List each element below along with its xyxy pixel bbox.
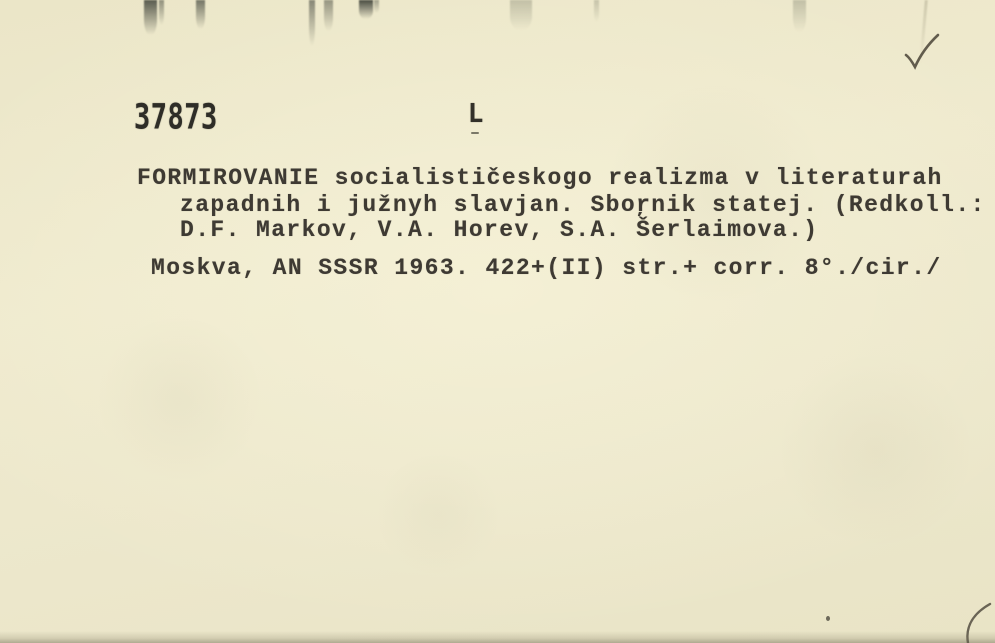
imprint-line: Moskva, AN SSSR 1963. 422+(II) str.+ cor… <box>151 257 942 280</box>
ink-smudge <box>196 0 205 29</box>
checkmark-icon <box>898 28 950 76</box>
ink-smudge <box>324 0 333 31</box>
ink-smudge <box>309 0 315 46</box>
ink-smudge <box>374 0 379 13</box>
ink-smudge <box>159 0 164 25</box>
catalog-card: 37873 L FORMIROVANIE socialističeskogo r… <box>0 0 995 643</box>
underscore-mark <box>471 132 479 134</box>
title-line-2: zapadnih i južnyh slavjan. Sboŗnik state… <box>180 194 986 217</box>
ink-spot <box>826 616 830 621</box>
ink-smudge <box>359 0 373 19</box>
call-number-stamp: 37873 <box>134 98 218 138</box>
card-edge-shadow <box>0 631 995 643</box>
ink-smudge <box>144 0 157 35</box>
ink-smudge <box>793 0 806 32</box>
ink-smudge <box>510 0 532 30</box>
title-line-1: FORMIROVANIE socialističeskogo realizma … <box>137 167 943 190</box>
editors-line: D.F. Markov, V.A. Horev, S.A. Šerlaimova… <box>180 219 819 242</box>
ink-smudge <box>594 0 599 22</box>
section-letter: L <box>468 98 484 131</box>
